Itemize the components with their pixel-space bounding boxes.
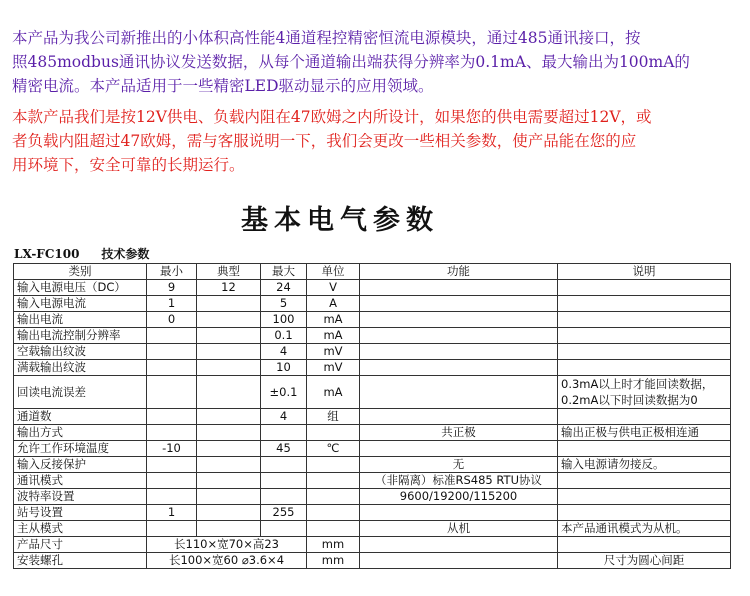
cell-min — [147, 425, 197, 441]
header-unit: 单位 — [307, 264, 360, 280]
header-category: 类别 — [14, 264, 147, 280]
cell-note: 0.3mA以上时才能回读数据， 0.2mA以下时回读数据为0 — [558, 376, 731, 409]
cell-category: 安装螺孔 — [14, 553, 147, 569]
intro-line: 本产品为我公司新推出的小体积高性能4通道程控精密恒流电源模块，通过485通讯接口… — [12, 26, 742, 50]
cell-min — [147, 328, 197, 344]
table-row: 回读电流误差 ±0.1 mA 0.3mA以上时才能回读数据， 0.2mA以下时回… — [14, 376, 731, 409]
cell-unit: mV — [307, 360, 360, 376]
intro-line: 照485modbus通讯协议发送数据，从每个通道输出端获得分辨率为0.1mA、最… — [12, 50, 742, 74]
cell-typ: 12 — [197, 280, 261, 296]
table-header-row: 类别 最小 典型 最大 单位 功能 说明 — [14, 264, 731, 280]
cell-unit: A — [307, 296, 360, 312]
cell-note — [558, 312, 731, 328]
cell-min: 1 — [147, 505, 197, 521]
cell-unit: 组 — [307, 409, 360, 425]
table-row: 安装螺孔 长100×宽60 ⌀3.6×4 mm 尺寸为圆心间距 — [14, 553, 731, 569]
header-function: 功能 — [360, 264, 558, 280]
cell-typ — [197, 360, 261, 376]
cell-unit — [307, 425, 360, 441]
cell-function — [360, 296, 558, 312]
cell-max: 255 — [261, 505, 307, 521]
table-row: 主从模式 从机 本产品通讯模式为从机。 — [14, 521, 731, 537]
table-row: 通讯模式 （非隔离）标准RS485 RTU协议 — [14, 473, 731, 489]
cell-min — [147, 360, 197, 376]
intro-paragraph-product: 本产品为我公司新推出的小体积高性能4通道程控精密恒流电源模块，通过485通讯接口… — [12, 26, 742, 98]
cell-note — [558, 537, 731, 553]
cell-max — [261, 473, 307, 489]
cell-function — [360, 344, 558, 360]
cell-typ — [197, 425, 261, 441]
cell-function: 从机 — [360, 521, 558, 537]
table-row: 输入电源电压（DC） 9 12 24 V — [14, 280, 731, 296]
cell-unit: mA — [307, 328, 360, 344]
cell-category: 通讯模式 — [14, 473, 147, 489]
cell-typ — [197, 473, 261, 489]
cell-max: 10 — [261, 360, 307, 376]
cell-max: 4 — [261, 344, 307, 360]
cell-typ — [197, 457, 261, 473]
cell-unit: mA — [307, 312, 360, 328]
table-row: 允许工作环境温度 -10 45 ℃ — [14, 441, 731, 457]
cell-function — [360, 409, 558, 425]
table-row: 输出电流控制分辨率 0.1 mA — [14, 328, 731, 344]
intro-line: 精密电流。本产品适用于一些精密LED驱动显示的应用领域。 — [12, 74, 742, 98]
cell-function — [360, 441, 558, 457]
cell-function — [360, 376, 558, 409]
cell-function: （非隔离）标准RS485 RTU协议 — [360, 473, 558, 489]
notice-line: 者负载内阻超过47欧姆，需与客服说明一下，我们会更改一些相关参数，使产品能在您的… — [12, 129, 742, 153]
cell-note — [558, 505, 731, 521]
cell-typ — [197, 328, 261, 344]
cell-unit — [307, 521, 360, 537]
cell-function — [360, 280, 558, 296]
cell-max: ±0.1 — [261, 376, 307, 409]
cell-category: 输入电源电流 — [14, 296, 147, 312]
cell-typ — [197, 505, 261, 521]
cell-min — [147, 521, 197, 537]
cell-max — [261, 489, 307, 505]
cell-typ — [197, 409, 261, 425]
cell-max — [261, 521, 307, 537]
notice-line: 用环境下，安全可靠的长期运行。 — [12, 153, 742, 177]
cell-note — [558, 280, 731, 296]
spec-table: 类别 最小 典型 最大 单位 功能 说明 输入电源电压（DC） 9 12 24 … — [13, 263, 731, 569]
cell-function — [360, 360, 558, 376]
cell-max: 0.1 — [261, 328, 307, 344]
cell-function — [360, 328, 558, 344]
table-row: 空载输出纹波 4 mV — [14, 344, 731, 360]
cell-note — [558, 344, 731, 360]
header-min: 最小 — [147, 264, 197, 280]
cell-min: 9 — [147, 280, 197, 296]
cell-unit — [307, 457, 360, 473]
cell-note — [558, 360, 731, 376]
table-row: 输出方式 共正极 输出正极与供电正极相连通 — [14, 425, 731, 441]
cell-min — [147, 457, 197, 473]
table-row: 满载输出纹波 10 mV — [14, 360, 731, 376]
cell-typ — [197, 312, 261, 328]
cell-min — [147, 344, 197, 360]
cell-category: 输入电源电压（DC） — [14, 280, 147, 296]
cell-min: 0 — [147, 312, 197, 328]
table-row: 通道数 4 组 — [14, 409, 731, 425]
note-line: 0.3mA以上时才能回读数据， — [561, 376, 727, 392]
cell-unit — [307, 505, 360, 521]
notice-line: 本款产品我们是按12V供电、负载内阻在47欧姆之内所设计，如果您的供电需要超过1… — [12, 105, 742, 129]
cell-category: 输出电流控制分辨率 — [14, 328, 147, 344]
cell-max: 5 — [261, 296, 307, 312]
cell-note — [558, 441, 731, 457]
table-row: 站号设置 1 255 — [14, 505, 731, 521]
cell-unit — [307, 489, 360, 505]
intro-paragraph-notice: 本款产品我们是按12V供电、负载内阻在47欧姆之内所设计，如果您的供电需要超过1… — [12, 105, 742, 177]
header-typ: 典型 — [197, 264, 261, 280]
cell-category: 回读电流误差 — [14, 376, 147, 409]
cell-note — [558, 296, 731, 312]
cell-category: 波特率设置 — [14, 489, 147, 505]
cell-typ — [197, 296, 261, 312]
table-title: LX-FC100技术参数 — [14, 245, 149, 262]
cell-max: 45 — [261, 441, 307, 457]
cell-min: -10 — [147, 441, 197, 457]
cell-dimensions: 长110×宽70×高23 — [147, 537, 307, 553]
cell-typ — [197, 441, 261, 457]
cell-function — [360, 553, 558, 569]
cell-function — [360, 537, 558, 553]
table-row: 输出电流 0 100 mA — [14, 312, 731, 328]
header-note: 说明 — [558, 264, 731, 280]
table-title-text: 技术参数 — [101, 247, 149, 261]
cell-note: 尺寸为圆心间距 — [558, 553, 731, 569]
table-row: 产品尺寸 长110×宽70×高23 mm — [14, 537, 731, 553]
section-heading: 基本电气参数 — [0, 198, 680, 237]
cell-note: 输出正极与供电正极相连通 — [558, 425, 731, 441]
cell-typ — [197, 489, 261, 505]
cell-category: 允许工作环境温度 — [14, 441, 147, 457]
cell-category: 输出电流 — [14, 312, 147, 328]
cell-note — [558, 489, 731, 505]
cell-category: 输出方式 — [14, 425, 147, 441]
cell-max: 24 — [261, 280, 307, 296]
cell-mounting-holes: 长100×宽60 ⌀3.6×4 — [147, 553, 307, 569]
cell-min: 1 — [147, 296, 197, 312]
cell-unit: mm — [307, 537, 360, 553]
cell-function: 9600/19200/115200 — [360, 489, 558, 505]
cell-unit: ℃ — [307, 441, 360, 457]
cell-note — [558, 409, 731, 425]
cell-category: 站号设置 — [14, 505, 147, 521]
cell-max — [261, 425, 307, 441]
header-max: 最大 — [261, 264, 307, 280]
cell-typ — [197, 376, 261, 409]
cell-unit: V — [307, 280, 360, 296]
model-name: LX-FC100 — [14, 247, 79, 261]
note-line: 0.2mA以下时回读数据为0 — [561, 392, 727, 408]
table-row: 输入电源电流 1 5 A — [14, 296, 731, 312]
cell-function — [360, 312, 558, 328]
cell-note — [558, 473, 731, 489]
cell-max: 4 — [261, 409, 307, 425]
cell-min — [147, 473, 197, 489]
cell-min — [147, 376, 197, 409]
cell-unit — [307, 473, 360, 489]
cell-category: 空载输出纹波 — [14, 344, 147, 360]
cell-min — [147, 489, 197, 505]
cell-category: 满载输出纹波 — [14, 360, 147, 376]
cell-function: 无 — [360, 457, 558, 473]
cell-unit: mV — [307, 344, 360, 360]
cell-category: 产品尺寸 — [14, 537, 147, 553]
cell-note — [558, 328, 731, 344]
cell-max: 100 — [261, 312, 307, 328]
cell-typ — [197, 521, 261, 537]
cell-min — [147, 409, 197, 425]
cell-note: 本产品通讯模式为从机。 — [558, 521, 731, 537]
table-row: 波特率设置 9600/19200/115200 — [14, 489, 731, 505]
cell-max — [261, 457, 307, 473]
cell-unit: mA — [307, 376, 360, 409]
cell-category: 主从模式 — [14, 521, 147, 537]
cell-function: 共正极 — [360, 425, 558, 441]
cell-category: 通道数 — [14, 409, 147, 425]
table-row: 输入反接保护 无 输入电源请勿接反。 — [14, 457, 731, 473]
cell-function — [360, 505, 558, 521]
cell-category: 输入反接保护 — [14, 457, 147, 473]
cell-unit: mm — [307, 553, 360, 569]
cell-note: 输入电源请勿接反。 — [558, 457, 731, 473]
cell-typ — [197, 344, 261, 360]
